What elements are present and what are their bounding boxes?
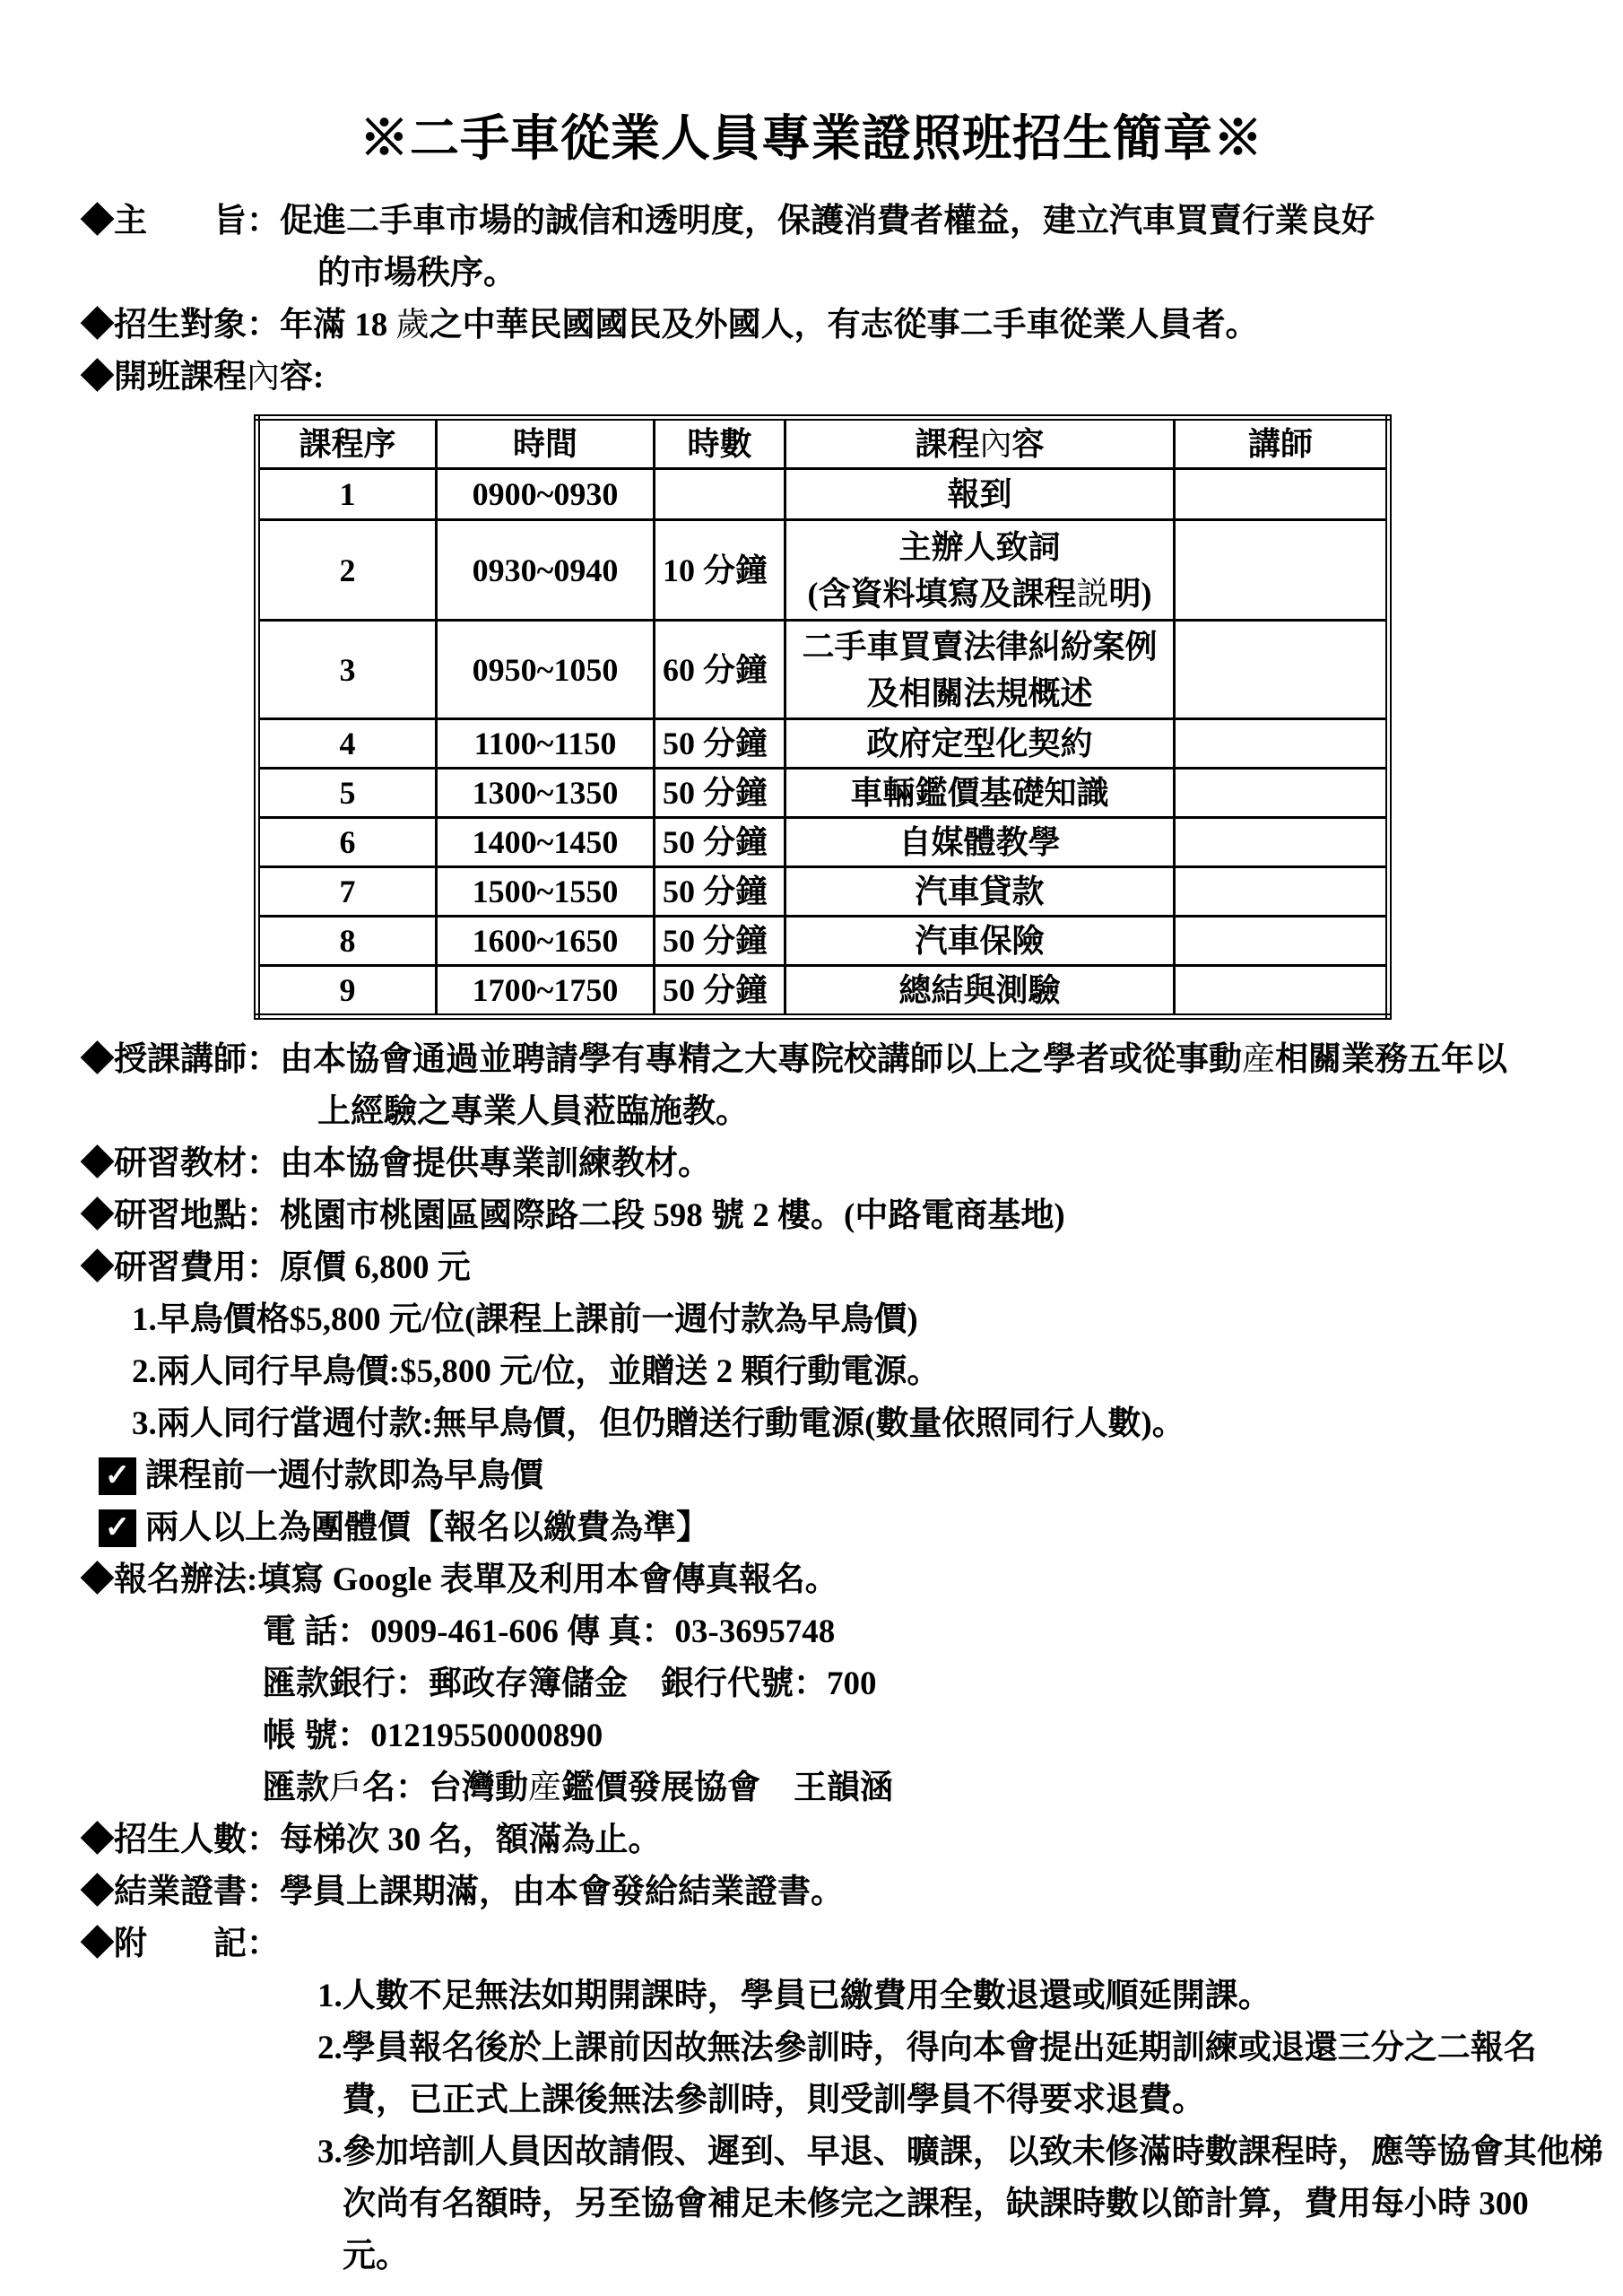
pricing-item-line: 2.兩人同行早鳥價:$5,800 元/位，並贈送 2 顆行動電源。 [81, 1346, 1542, 1398]
course-row: 71500~155050 分鐘汽車貸款 [257, 867, 1389, 917]
line-text: 次尚有名額時，另至協會補足未修完之課程，缺課時數以節計算，費用每小時 300 [343, 2186, 1529, 2222]
contact-detail-line: 電 話：0909-461-606 傳 真：03-3695748 [81, 1606, 1542, 1658]
table-cell: 報到 [785, 469, 1175, 520]
course-row: 20930~094010 分鐘主辦人致詞(含資料填寫及課程説明) [257, 520, 1389, 621]
remark-continuation-line: 費，已正式上課後無法參訓時，則受訓學員不得要求退費。 [81, 2074, 1542, 2126]
table-header-cell: 時數 [655, 418, 785, 469]
course-row: 10900~0930報到 [257, 469, 1389, 520]
table-cell [1175, 966, 1389, 1017]
line-text: 匯款戶名：台灣動産鑑價發展協會 王韻涵 [263, 1770, 893, 1806]
section-entry-line: ◆附 記： [81, 1918, 1542, 1970]
line-text: ◆結業證書：學員上課期滿，由本會發給結業證書。 [81, 1874, 844, 1910]
table-cell: 50 分鐘 [655, 818, 785, 867]
line-text: 3.兩人同行當週付款:無早鳥價，但仍贈送行動電源(數量依照同行人數)。 [132, 1405, 1185, 1442]
line-text: 1.人數不足無法如期開課時，學員已繳費用全數退還或順延開課。 [317, 1978, 1271, 2014]
fallback-font-char: 戶 [329, 1770, 362, 1806]
table-header-cell: 課程內容 [785, 418, 1175, 469]
table-cell [1175, 917, 1389, 966]
contact-detail-line: 匯款戶名：台灣動産鑑價發展協會 王韻涵 [81, 1762, 1542, 1814]
table-cell: 車輛鑑價基礎知識 [785, 769, 1175, 818]
section-entry-line: ◆研習費用：原價 6,800 元 [81, 1242, 1542, 1294]
line-text: 兩人以上為團體價【報名以繳費為準】 [145, 1502, 709, 1554]
table-cell: 0900~0930 [437, 469, 655, 520]
course-row: 81600~165050 分鐘汽車保險 [257, 917, 1389, 966]
table-cell: 汽車貸款 [785, 867, 1175, 917]
fallback-font-char: 産 [528, 1770, 561, 1806]
line-text: ◆研習教材：由本協會提供專業訓練教材。 [81, 1145, 711, 1182]
table-cell [1175, 719, 1389, 769]
fallback-font-char: 內 [247, 359, 280, 396]
remark-item-line: 3.參加培訓人員因故請假、遲到、早退、曠課，以致未修滿時數課程時，應等協會其他梯 [81, 2126, 1542, 2179]
table-header-cell: 講師 [1175, 418, 1389, 469]
line-text: 3.參加培訓人員因故請假、遲到、早退、曠課，以致未修滿時數課程時，應等協會其他梯 [317, 2134, 1603, 2170]
table-cell [1175, 469, 1389, 520]
table-cell: 50 分鐘 [655, 769, 785, 818]
table-body: 10900~0930報到20930~094010 分鐘主辦人致詞(含資料填寫及課… [257, 469, 1389, 1017]
fallback-font-char: 説 [1076, 576, 1108, 612]
table-cell: 6 [257, 818, 437, 867]
fallback-font-char: 內 [979, 426, 1011, 462]
line-text: ◆招生人數：每梯次 30 名，額滿為止。 [81, 1822, 662, 1858]
line-text: 匯款銀行：郵政存簿儲金 銀行代號：700 [263, 1665, 877, 1702]
fallback-font-char: 産 [1242, 1041, 1275, 1078]
line-text: 元。 [343, 2238, 409, 2274]
checked-note-line: ✓課程前一週付款即為早鳥價 [81, 1450, 1542, 1502]
table-cell [1175, 818, 1389, 867]
line-text: ◆主 旨：促進二手車市場的誠信和透明度，保護消費者權益，建立汽車買賣行業良好 [81, 203, 1375, 239]
table-cell: 50 分鐘 [655, 917, 785, 966]
remark-continuation-line: 次尚有名額時，另至協會補足未修完之課程，缺課時數以節計算，費用每小時 300 [81, 2179, 1542, 2231]
pricing-item-line: 1.早鳥價格$5,800 元/位(課程上課前一週付款為早鳥價) [81, 1294, 1542, 1346]
remark-continuation-line: 元。 [81, 2231, 1542, 2283]
table-cell: 50 分鐘 [655, 867, 785, 917]
table-cell: 2 [257, 520, 437, 621]
line-text: ◆研習費用：原價 6,800 元 [81, 1249, 471, 1286]
contact-detail-line: 匯款銀行：郵政存簿儲金 銀行代號：700 [81, 1658, 1542, 1710]
line-text: 2.兩人同行早鳥價:$5,800 元/位，並贈送 2 顆行動電源。 [132, 1353, 940, 1390]
table-cell [1175, 520, 1389, 621]
contact-detail-line: 帳 號：01219550000890 [81, 1710, 1542, 1762]
section-entry-line: ◆報名辦法:填寫 Google 表單及利用本會傳真報名。 [81, 1554, 1542, 1606]
line-text: 1.早鳥價格$5,800 元/位(課程上課前一週付款為早鳥價) [132, 1301, 918, 1338]
line-text: ◆報名辦法:填寫 Google 表單及利用本會傳真報名。 [81, 1561, 838, 1598]
line-text: ◆授課講師：由本協會通過並聘請學有專精之大專院校講師以上之學者或從事動産相關業務… [81, 1041, 1507, 1078]
table-cell [1175, 621, 1389, 719]
table-cell: 9 [257, 966, 437, 1017]
course-row: 51300~135050 分鐘車輛鑑價基礎知識 [257, 769, 1389, 818]
table-cell: 總結與測驗 [785, 966, 1175, 1017]
table-header-row: 課程序時間時數課程內容講師 [257, 418, 1389, 469]
section-entry-line: ◆授課講師：由本協會通過並聘請學有專精之大專院校講師以上之學者或從事動産相關業務… [81, 1034, 1542, 1086]
table-cell [655, 469, 785, 520]
continuation-line: 上經驗之專業人員蒞臨施教。 [81, 1086, 1542, 1138]
line-text: 費，已正式上課後無法參訓時，則受訓學員不得要求退費。 [343, 2082, 1205, 2118]
table-cell: 自媒體教學 [785, 818, 1175, 867]
course-row: 91700~175050 分鐘總結與測驗 [257, 966, 1389, 1017]
intro-section: ◆主 旨：促進二手車市場的誠信和透明度，保護消費者權益，建立汽車買賣行業良好的市… [81, 196, 1542, 404]
table-cell: 0930~0940 [437, 520, 655, 621]
checked-note-line: ✓兩人以上為團體價【報名以繳費為準】 [81, 1502, 1542, 1554]
line-text: ◆招生對象：年滿 18 歲之中華民國國民及外國人，有志從事二手車從業人員者。 [81, 307, 1259, 344]
table-cell: 8 [257, 917, 437, 966]
table-cell: 1700~1750 [437, 966, 655, 1017]
table-cell: 二手車買賣法律糾紛案例及相關法規概述 [785, 621, 1175, 719]
section-entry-line: ◆開班課程內容: [81, 352, 1542, 404]
course-row: 30950~105060 分鐘二手車買賣法律糾紛案例及相關法規概述 [257, 621, 1389, 719]
table-cell: 1 [257, 469, 437, 520]
checked-checkbox-icon: ✓ [99, 1457, 136, 1495]
details-section: ◆授課講師：由本協會通過並聘請學有專精之大專院校講師以上之學者或從事動産相關業務… [81, 1034, 1542, 2283]
table-cell: 3 [257, 621, 437, 719]
table-cell: 1400~1450 [437, 818, 655, 867]
section-entry-line: ◆研習地點：桃園市桃園區國際路二段 598 號 2 樓。(中路電商基地) [81, 1190, 1542, 1242]
course-row: 61400~145050 分鐘自媒體教學 [257, 818, 1389, 867]
line-text: 2.學員報名後於上課前因故無法參訓時，得向本會提出延期訓練或退還三分之二報名 [317, 2030, 1537, 2066]
line-text: 電 話：0909-461-606 傳 真：03-3695748 [263, 1613, 835, 1650]
table-cell: 1500~1550 [437, 867, 655, 917]
table-cell [1175, 867, 1389, 917]
line-text: 帳 號：01219550000890 [263, 1718, 603, 1754]
course-row: 41100~115050 分鐘政府定型化契約 [257, 719, 1389, 769]
table-cell [1175, 769, 1389, 818]
table-cell: 0950~1050 [437, 621, 655, 719]
section-entry-line: ◆招生人數：每梯次 30 名，額滿為止。 [81, 1814, 1542, 1866]
table-cell: 1300~1350 [437, 769, 655, 818]
line-text: 上經驗之專業人員蒞臨施教。 [317, 1093, 749, 1130]
continuation-line: 的市場秩序。 [81, 248, 1542, 300]
section-entry-line: ◆主 旨：促進二手車市場的誠信和透明度，保護消費者權益，建立汽車買賣行業良好 [81, 196, 1542, 248]
table-cell: 4 [257, 719, 437, 769]
section-entry-line: ◆招生對象：年滿 18 歲之中華民國國民及外國人，有志從事二手車從業人員者。 [81, 300, 1542, 352]
table-cell: 50 分鐘 [655, 719, 785, 769]
page-title: ※二手車從業人員專業證照班招生簡章※ [81, 109, 1542, 169]
line-text: 的市場秩序。 [317, 255, 516, 291]
checked-checkbox-icon: ✓ [99, 1509, 136, 1547]
table-cell: 5 [257, 769, 437, 818]
table-cell: 汽車保險 [785, 917, 1175, 966]
section-entry-line: ◆結業證書：學員上課期滿，由本會發給結業證書。 [81, 1866, 1542, 1918]
table-cell: 10 分鐘 [655, 520, 785, 621]
table-cell: 50 分鐘 [655, 966, 785, 1017]
course-schedule-table: 課程序時間時數課程內容講師 10900~0930報到20930~094010 分… [254, 414, 1392, 1020]
section-entry-line: ◆研習教材：由本協會提供專業訓練教材。 [81, 1138, 1542, 1190]
document-page: ※二手車從業人員專業證照班招生簡章※ ◆主 旨：促進二手車市場的誠信和透明度，保… [0, 0, 1623, 2296]
table-cell: 60 分鐘 [655, 621, 785, 719]
line-text: ◆開班課程內容: [81, 359, 324, 396]
fallback-font-char: 歲 [396, 307, 430, 344]
remark-item-line: 2.學員報名後於上課前因故無法參訓時，得向本會提出延期訓練或退還三分之二報名 [81, 2022, 1542, 2074]
table-header-cell: 時間 [437, 418, 655, 469]
table-cell: 主辦人致詞(含資料填寫及課程説明) [785, 520, 1175, 621]
table-cell: 1100~1150 [437, 719, 655, 769]
table-cell: 1600~1650 [437, 917, 655, 966]
line-text: 課程前一週付款即為早鳥價 [145, 1450, 543, 1502]
line-text: ◆附 記： [81, 1926, 280, 1962]
table-header-cell: 課程序 [257, 418, 437, 469]
pricing-item-line: 3.兩人同行當週付款:無早鳥價，但仍贈送行動電源(數量依照同行人數)。 [81, 1398, 1542, 1450]
line-text: ◆研習地點：桃園市桃園區國際路二段 598 號 2 樓。(中路電商基地) [81, 1197, 1065, 1234]
remark-item-line: 1.人數不足無法如期開課時，學員已繳費用全數退還或順延開課。 [81, 1970, 1542, 2022]
table-cell: 7 [257, 867, 437, 917]
table-cell: 政府定型化契約 [785, 719, 1175, 769]
